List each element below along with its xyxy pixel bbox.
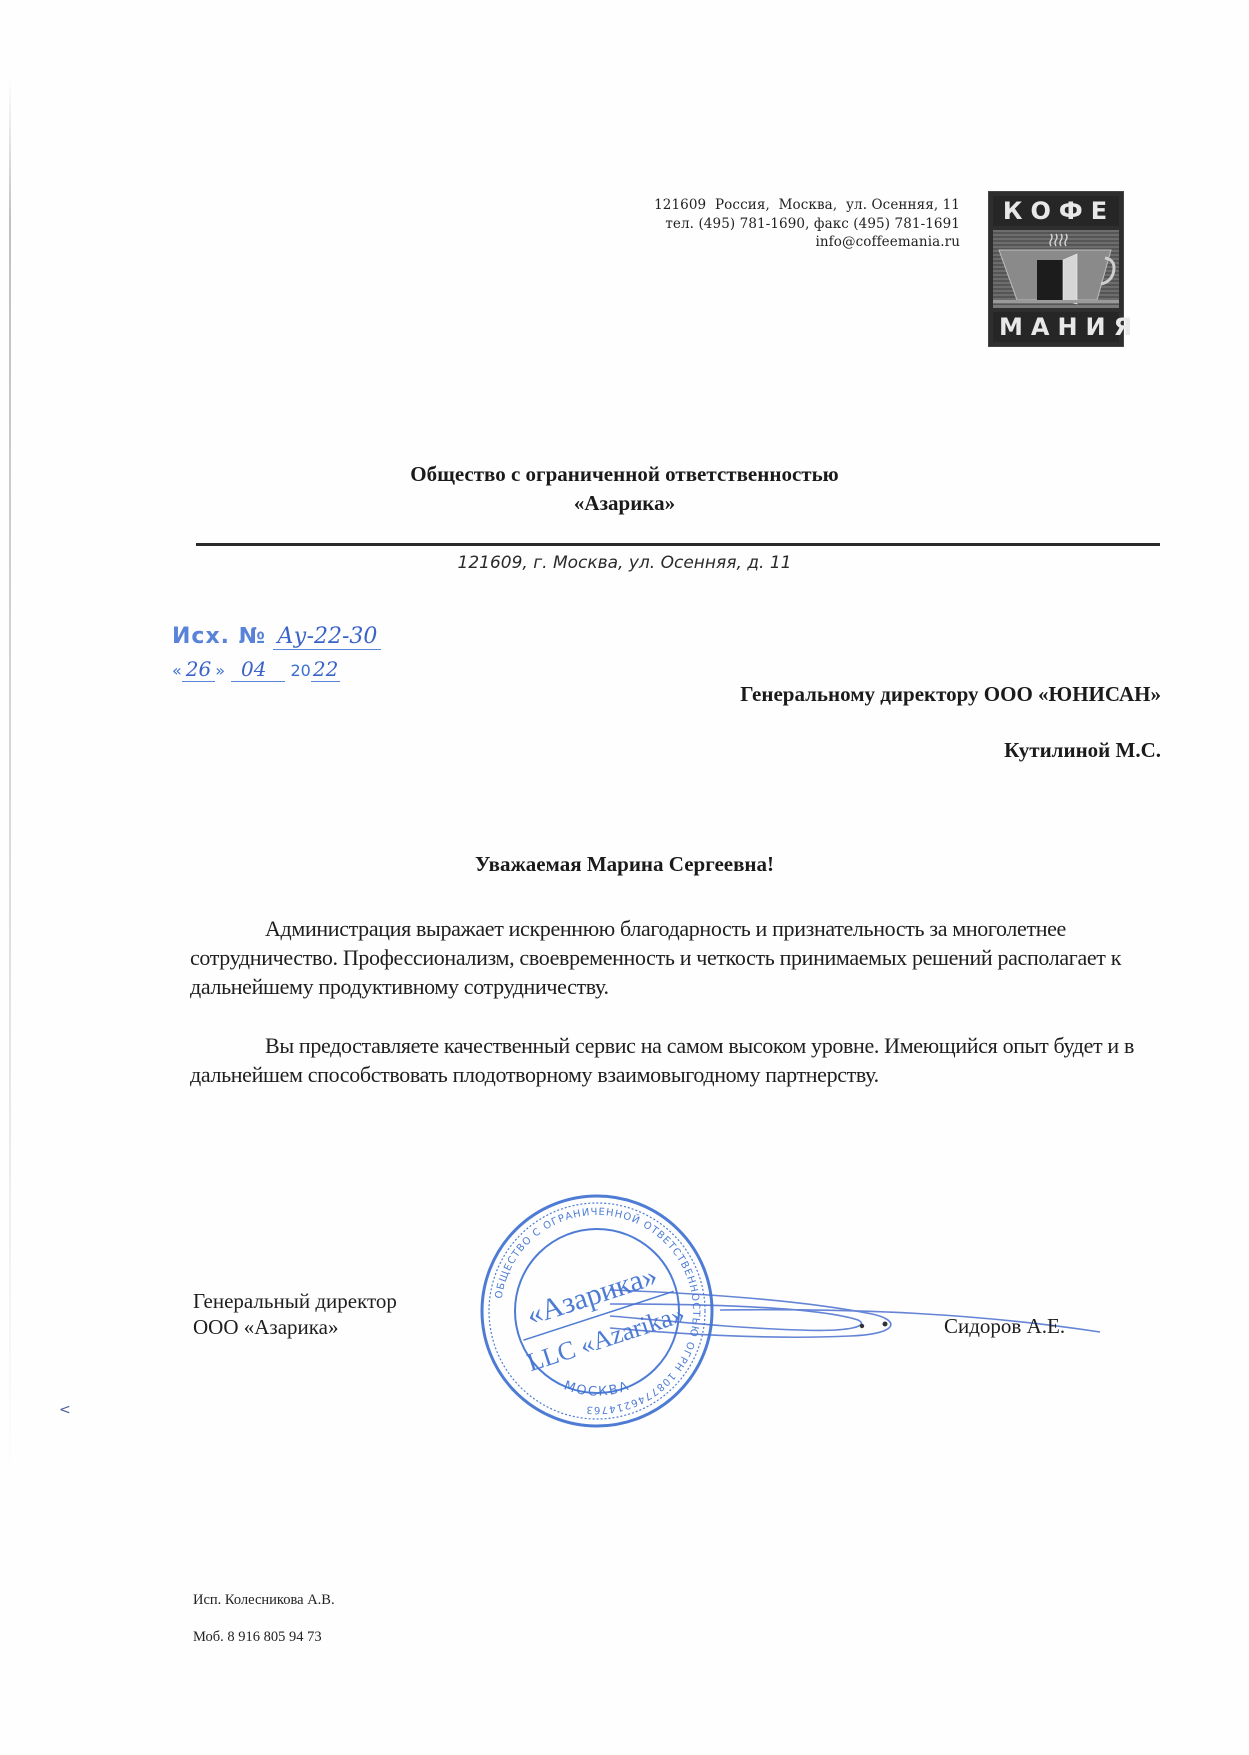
coffee-cup-door-icon [993,230,1119,308]
date-year-suffix: 22 [311,657,340,682]
scan-edge-shadow [9,80,11,1480]
body-paragraph-2: Вы предоставляете качественный сервис на… [190,1031,1150,1089]
date-month: 04 [231,657,284,682]
recipient-name: Кутилиной М.С. [740,738,1161,763]
signer-company: ООО «Азарика» [193,1314,397,1340]
executor-name: Исп. Колесникова А.В. [193,1592,335,1609]
company-header: Общество с ограниченной ответственностью… [0,460,1249,518]
contact-email: info@coffeemania.ru [560,233,960,252]
recipient-position: Генеральному директору ООО «ЮНИСАН» [740,682,1161,707]
company-name: «Азарика» [0,489,1249,518]
company-legal-form: Общество с ограниченной ответственностью [0,460,1249,489]
svg-text:МОСКВА: МОСКВА [562,1378,632,1399]
date-year-prefix: 20 [291,661,311,680]
date-close-quote: » [215,661,225,680]
outgoing-number: Ау-22-30 [273,624,381,650]
header-divider [196,543,1160,546]
coffeemania-logo: КОФЕ [988,191,1124,347]
stamp-city: МОСКВА [562,1378,632,1399]
date-open-quote: « [172,661,182,680]
outgoing-number-block: Исх. № Ау-22-30 «26»042022 [172,622,381,684]
paragraph-1-text: Администрация выражает искреннюю благода… [190,916,1121,999]
paragraph-2-text: Вы предоставляете качественный сервис на… [190,1033,1134,1087]
body-paragraph-1: Администрация выражает искреннюю благода… [190,914,1150,1001]
logo-bottom-word: МАНИЯ [993,312,1119,342]
signer-name: Сидоров А.Е. [944,1314,1065,1339]
salutation: Уважаемая Марина Сергеевна! [0,852,1249,877]
signer-title: Генеральный директор ООО «Азарика» [193,1288,397,1340]
letterhead-contact: 121609 Россия, Москва, ул. Осенняя, 11 т… [560,196,960,252]
contact-phone-fax: тел. (495) 781-1690, факс (495) 781-1691 [560,215,960,234]
executor-phone: Моб. 8 916 805 94 73 [193,1629,322,1646]
outgoing-label: Исх. № [172,624,266,649]
contact-address: 121609 Россия, Москва, ул. Осенняя, 11 [560,196,960,215]
letter-page: 121609 Россия, Москва, ул. Осенняя, 11 т… [0,0,1249,1755]
company-address: 121609, г. Москва, ул. Осенняя, д. 11 [0,553,1249,573]
date-day: 26 [182,657,215,682]
margin-mark: < [59,1402,71,1418]
logo-top-word: КОФЕ [993,196,1119,226]
recipient-block: Генеральному директору ООО «ЮНИСАН» Кути… [740,682,1161,763]
signer-position: Генеральный директор [193,1288,397,1314]
